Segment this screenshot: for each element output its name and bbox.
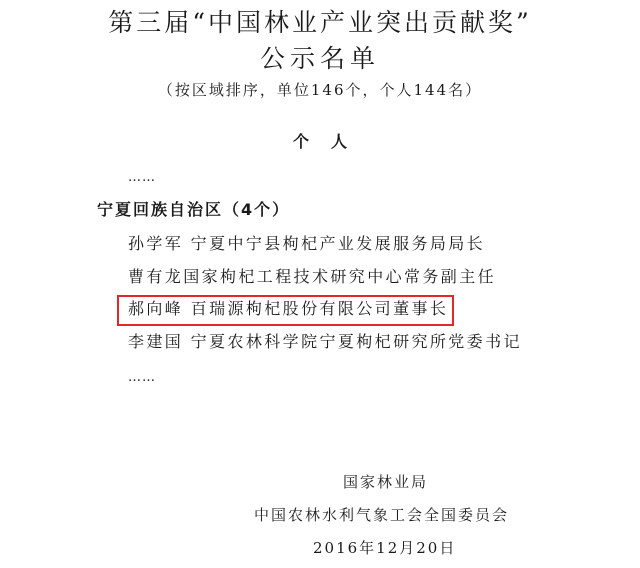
leading-ellipsis: …… [128,170,156,186]
region-heading: 宁夏回族自治区（4个） [97,199,290,221]
person-entry-highlighted: 郝向峰 百瑞源枸杞股份有限公司董事长 [128,298,448,320]
trailing-ellipsis: …… [128,370,156,386]
person-entry: 曹有龙国家枸杞工程技术研究中心常务副主任 [128,266,496,288]
section-heading: 个人 [0,132,640,152]
signature-date: 2016年12月20日 [313,538,456,558]
signature-org-forestry: 国家林业局 [343,472,428,492]
person-entry: 孙学军 宁夏中宁县枸杞产业发展服务局局长 [128,233,485,255]
document-note: （按区域排序，单位146个，个人144名） [0,80,640,100]
document-title: 第三届“中国林业产业突出贡献奖” [0,8,640,38]
signature-org-union: 中国农林水利气象工会全国委员会 [254,505,509,525]
document-subtitle: 公示名单 [0,44,640,74]
person-entry: 李建国 宁夏农林科学院宁夏枸杞研究所党委书记 [128,331,522,353]
